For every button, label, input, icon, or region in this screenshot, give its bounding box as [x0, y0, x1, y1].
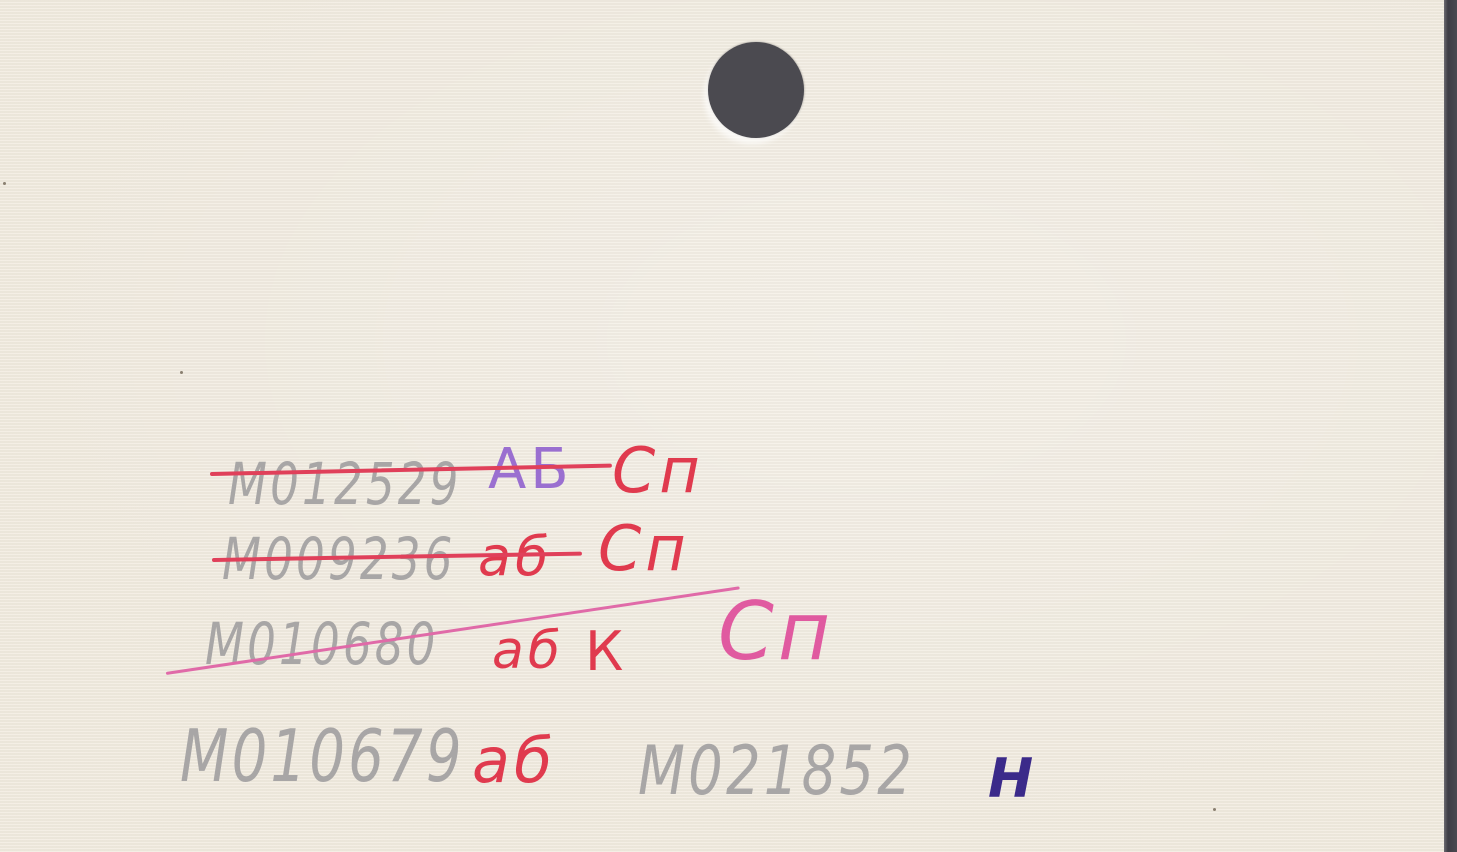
catalog-suffix: АБ: [488, 442, 573, 498]
status-mark: Сп: [718, 592, 834, 672]
paper-speck: [180, 371, 183, 374]
catalog-number: M010680: [205, 615, 439, 673]
catalog-number: M021852: [638, 738, 915, 806]
paper-speck: [3, 182, 6, 185]
index-card: M012529 АБ Сп M009236 аб Сп M010680 аб К…: [0, 0, 1444, 852]
catalog-suffix: аб: [472, 730, 556, 792]
catalog-suffix: Н: [988, 752, 1037, 806]
catalog-number: M012529: [228, 455, 462, 513]
paper-speck: [1213, 808, 1216, 811]
catalog-suffix: аб: [492, 625, 564, 677]
scan-background-edge: [1444, 0, 1457, 852]
status-mark: Сп: [612, 440, 704, 502]
status-mark: Сп: [598, 518, 690, 580]
punch-hole: [708, 42, 804, 138]
extra-mark: К: [585, 625, 627, 679]
catalog-number: M010679: [180, 720, 465, 792]
